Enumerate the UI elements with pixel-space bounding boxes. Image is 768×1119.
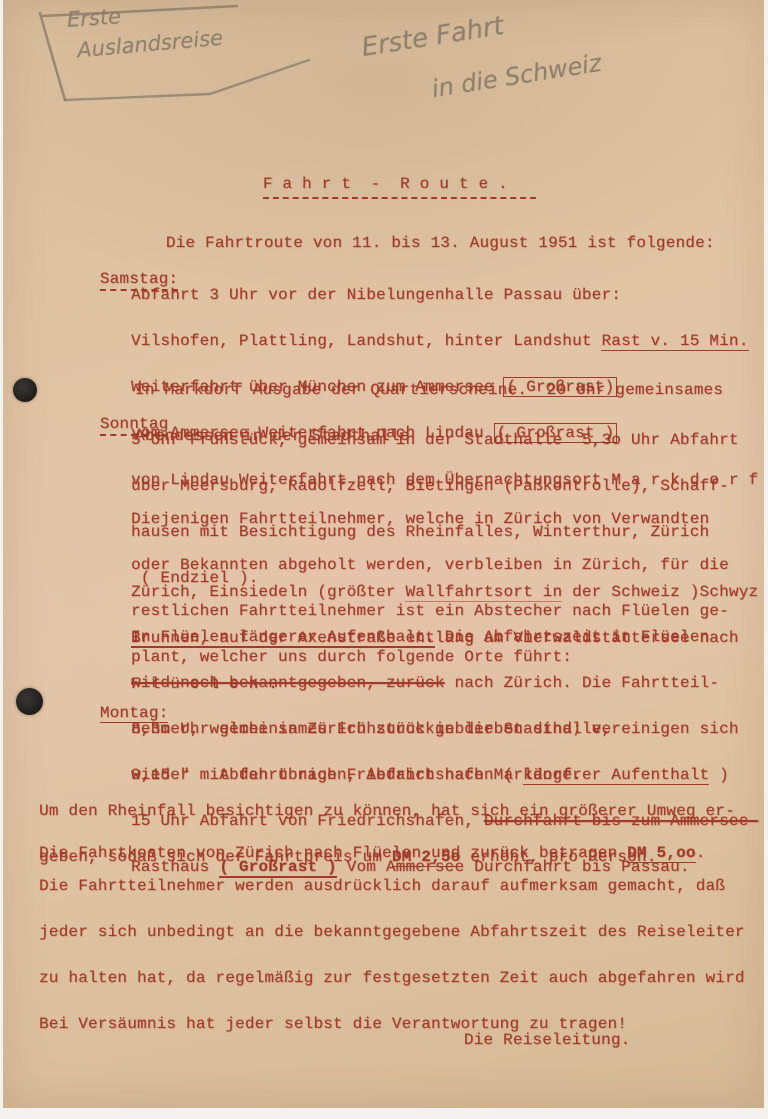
text-segment: In Markdorf Ausgabe der Quartierscheine.… (135, 381, 723, 399)
punch-hole-top (13, 378, 37, 402)
typed-line: 8,3o Uhr gemeinsames Frühstück in der St… (131, 722, 758, 737)
underlined-text: Rast v. 15 Min. (601, 332, 748, 351)
punch-hole-bottom (16, 688, 43, 715)
document-title: F a h r t - R o u t e . (204, 162, 536, 208)
text-segment: jeder sich unbedingt an die bekanntgegeb… (39, 923, 745, 941)
note-departure-warning: Die Fahrtteilnehmer werden ausdrücklich … (39, 848, 745, 1064)
typed-line: 5 Uhr Frühstück, gemeinsam in der Stadth… (131, 433, 739, 448)
typed-line: zu halten hat, da regelmäßig zur festges… (39, 971, 745, 986)
typed-line: In Flüelen längerer Aufenthalt. Die Abfa… (131, 630, 739, 645)
text-segment: Vilshofen, Plattling, Landshut, hinter L… (131, 332, 601, 350)
title-text: F a h r t - R o u t e . (263, 175, 536, 199)
typed-line: Abfahrt 3 Uhr vor der Nibelungenhalle Pa… (131, 288, 758, 303)
handwritten-note-left-line1: Erste (66, 4, 122, 32)
typed-line: Die Fahrtteilnehmer werden ausdrücklich … (39, 879, 745, 894)
typed-line: jeder sich unbedingt an die bekanntgegeb… (39, 925, 745, 940)
typed-line: Zürich, Einsiedeln (größter Wallfahrtsor… (131, 585, 758, 600)
text-segment: zu halten hat, da regelmäßig zur festges… (39, 969, 745, 987)
text-segment: Diejenigen Fahrtteilnehmer, welche in Zü… (131, 510, 709, 528)
signature-line: Die Reiseleitung. (405, 1018, 630, 1064)
typed-line: wird noch bekanntgegeben, zurück nach Zü… (131, 676, 739, 691)
text-segment: Die Reiseleitung. (464, 1031, 631, 1049)
text-segment: Die Fahrtteilnehmer werden ausdrücklich … (39, 877, 725, 895)
scanned-document-page: Erste Auslandsreise Erste Fahrt in die S… (0, 0, 768, 1119)
typed-line: Bei Versäumnis hat jeder selbst die Vera… (39, 1017, 745, 1032)
paper-sheet: Erste Auslandsreise Erste Fahrt in die S… (3, 0, 764, 1108)
typed-line: In Markdorf Ausgabe der Quartierscheine.… (135, 383, 723, 398)
text-segment: 5 Uhr Frühstück, gemeinsam in der Stadth… (131, 431, 739, 449)
text-segment: Die Fahrtroute von 11. bis 13. August 19… (166, 234, 715, 252)
text-segment: nach Zürich. Die Fahrtteil- (445, 674, 719, 692)
text-segment: Abfahrt 3 Uhr vor der Nibelungenhalle Pa… (131, 286, 621, 304)
text-segment: Die Abfahrtszeit in Flüelen (435, 628, 709, 646)
typed-line: Vilshofen, Plattling, Landshut, hinter L… (131, 334, 758, 349)
underlined-text: In Flüelen längerer Aufenthalt. (131, 628, 435, 648)
text-segment: 8,3o Uhr gemeinsames Frühstück in der St… (131, 720, 611, 738)
struck-text: wird noch bekanntgegeben, zurück (131, 674, 445, 692)
typed-line: Diejenigen Fahrtteilnehmer, welche in Zü… (131, 512, 729, 527)
